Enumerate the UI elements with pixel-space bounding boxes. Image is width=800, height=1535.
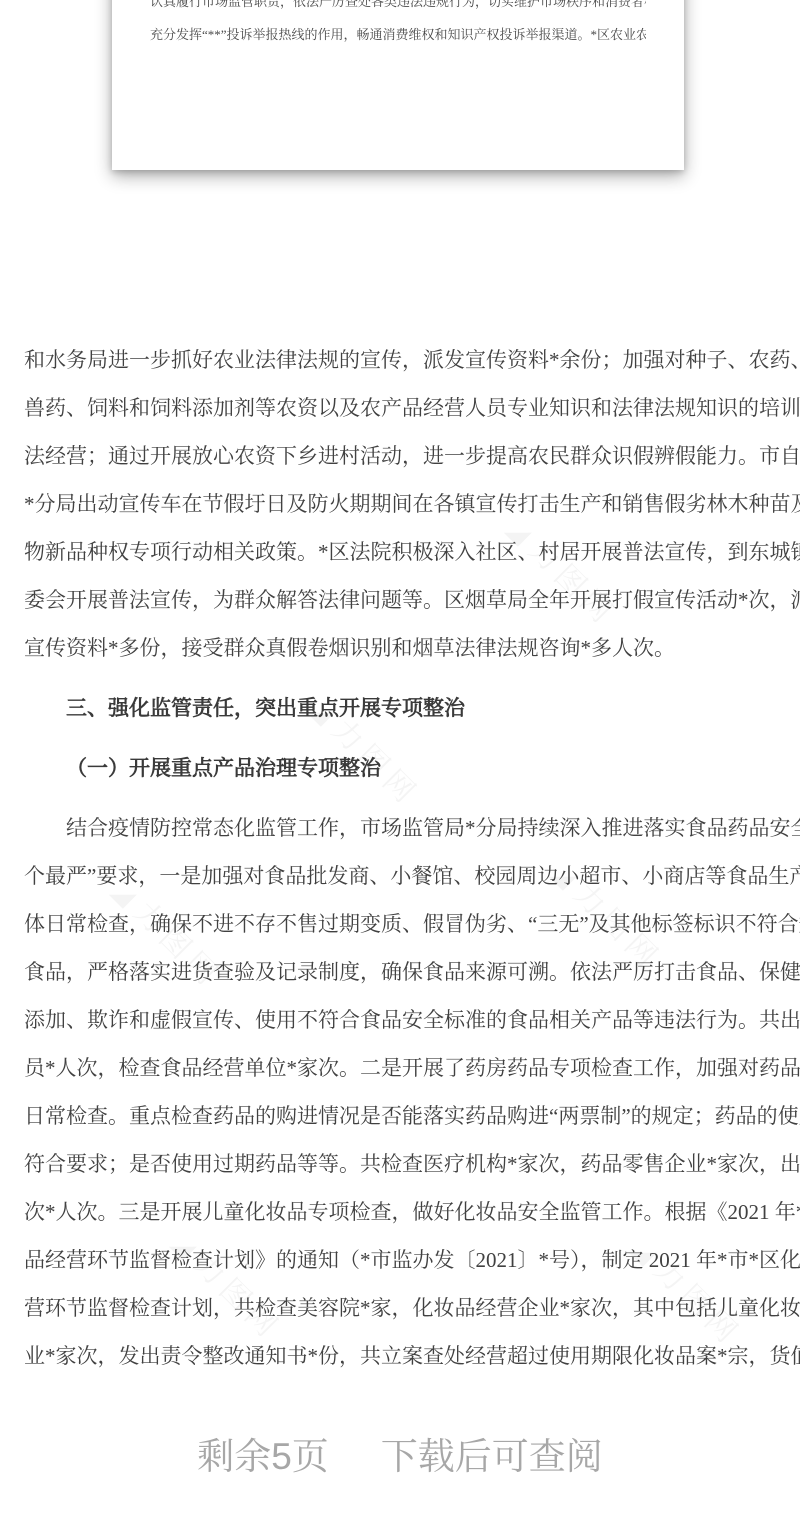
paragraph2-line: 添加、欺诈和虚假宣传、使用不符合食品安全标准的食品相关产品等违法行为。共出动执法… [24,996,776,1044]
paragraph2-line: 次*人次。三是开展儿童化妆品专项检查，做好化妆品安全监管工作。根据《2021 年… [24,1188,776,1236]
paragraph2-line: 体日常检查，确保不进不存不售过期变质、假冒伪劣、“三无”及其他标签标识不符合规定… [24,900,776,948]
document-preview-page: 认真履行市场监管职责，依法严厉查处各类违法违规行为，切实维护市场秩序和消费者权益… [0,0,800,1535]
preview-text-line: 充分发挥“**”投诉举报热线的作用，畅通消费维权和知识产权投诉举报渠道。*区农业… [150,25,646,45]
paragraph1-line: 法经营；通过开展放心农资下乡进村活动，进一步提高农民群众识假辨假能力。市自然资源… [24,432,776,480]
paragraph1-line: *分局出动宣传车在节假圩日及防火期期间在各镇宣传打击生产和销售假劣林木种苗及侵犯… [24,480,776,528]
paragraph2-line: 个最严”要求，一是加强对食品批发商、小餐馆、校园周边小超市、小商店等食品生产经营… [24,852,776,900]
remaining-pages-notice: 剩余5页 下载后可查阅 [0,1426,800,1480]
paragraph1-line: 和水务局进一步抓好农业法律法规的宣传，派发宣传资料*余份；加强对种子、农药、肥料… [24,336,776,384]
section-heading: 三、强化监管责任，突出重点开展专项整治 [24,684,776,732]
subsection-heading: （一）开展重点产品治理专项整治 [24,744,776,792]
paragraph2-line: 日常检查。重点检查药品的购进情况是否能落实药品购进“两票制”的规定；药品的使用是… [24,1092,776,1140]
document-body: 和水务局进一步抓好农业法律法规的宣传，派发宣传资料*余份；加强对种子、农药、肥料… [24,336,776,1380]
download-hint-text: 下载后可查阅 [381,1426,603,1480]
paragraph2-line: 食品，严格落实进货查验及记录制度，确保食品来源可溯。依法严厉打击食品、保健食品非… [24,948,776,996]
paragraph1-line: 物新品种权专项行动相关政策。*区法院积极深入社区、村居开展普法宣传，到东城镇英村… [24,528,776,576]
paragraph2-line: 营环节监督检查计划，共检查美容院*家，化妆品经营企业*家次，其中包括儿童化妆品经… [24,1284,776,1332]
cropped-text-line: 认真履行市场监管职责，依法严厉查处各类违法违规行为，切实维护市场秩序和消费者权益… [150,0,646,12]
remaining-pages-text: 剩余5页 [197,1426,329,1480]
previous-page-preview-card[interactable]: 认真履行市场监管职责，依法严厉查处各类违法违规行为，切实维护市场秩序和消费者权益… [112,0,684,170]
paragraph1-line: 宣传资料*多份，接受群众真假卷烟识别和烟草法律法规咨询*多人次。 [24,624,776,672]
paragraph2-line: 品经营环节监督检查计划》的通知（*市监办发〔2021〕*号），制定 2021 年… [24,1236,776,1284]
paragraph2-line: 结合疫情防控常态化监管工作，市场监管局*分局持续深入推进落实食品药品安全“四 [24,804,776,852]
paragraph2-line: 业*家次，发出责令整改通知书*份，共立案查处经营超过使用期限化妆品案*宗，货值*… [24,1332,776,1380]
paragraph2-line: 员*人次，检查食品经营单位*家次。二是开展了药房药品专项检查工作，加强对药品零售… [24,1044,776,1092]
paragraph2-line: 符合要求；是否使用过期药品等等。共检查医疗机构*家次，药品零售企业*家次，出动检… [24,1140,776,1188]
paragraph1-line: 兽药、饲料和饲料添加剂等农资以及农产品经营人员专业知识和法律法规知识的培训，做到… [24,384,776,432]
paragraph1-line: 委会开展普法宣传，为群众解答法律问题等。区烟草局全年开展打假宣传活动*次，派发打… [24,576,776,624]
